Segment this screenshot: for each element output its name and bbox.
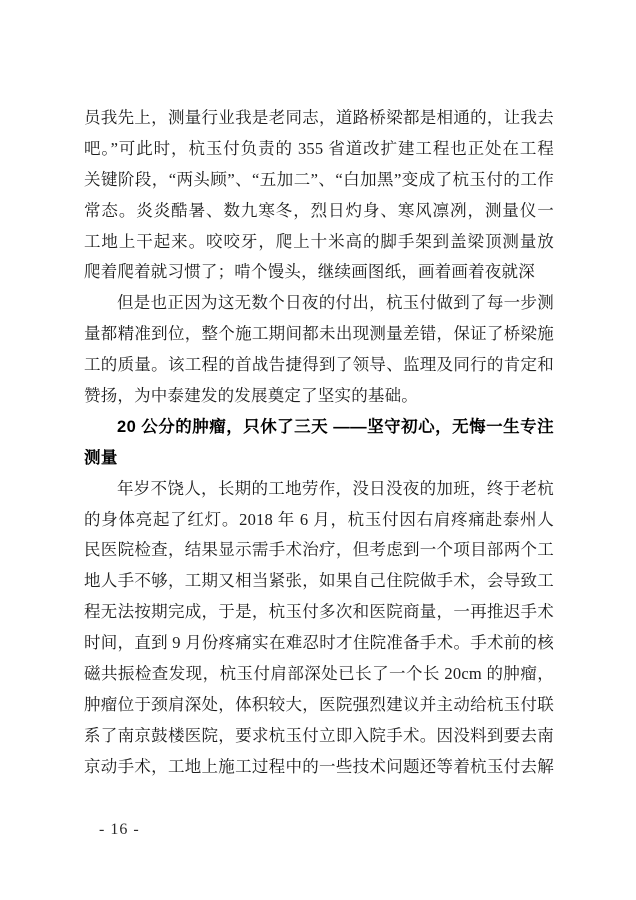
text-line: 的身体亮起了红灯。2018 年 6 月，杭玉付因右肩疼痛赴泰州人 [84,505,554,536]
document-body: 员我先上，测量行业我是老同志，道路桥梁都是相通的，让我去 吧。”可此时，杭玉付负… [84,103,554,783]
text-line: 磁共振检查发现，杭玉付肩部深处已长了一个长 20cm 的肿瘤， [84,659,554,690]
text-line: 工的质量。该工程的首战告捷得到了领导、监理及同行的肯定和 [84,350,554,381]
text-line: 程无法按期完成，于是，杭玉付多次和医院商量，一再推迟手术 [84,597,554,628]
text-line: 京动手术，工地上施工过程中的一些技术问题还等着杭玉付去解 [84,752,554,783]
text-line: 工地上干起来。咬咬牙，爬上十米高的脚手架到盖梁顶测量放样， [84,227,554,258]
paragraph-tumor-surgery: 年岁不饶人，长期的工地劳作，没日没夜的加班，终于老杭 的身体亮起了红灯。2018… [84,474,554,783]
paragraph-work-dedication: 员我先上，测量行业我是老同志，道路桥梁都是相通的，让我去 吧。”可此时，杭玉付负… [84,103,554,288]
text-line: 年岁不饶人，长期的工地劳作，没日没夜的加班，终于老杭 [84,474,554,505]
heading-line: 测量 [84,443,554,474]
text-line: 时间，直到 9 月份疼痛实在难忍时才住院准备手术。手术前的核 [84,628,554,659]
text-line: 关键阶段，“两头顾”、“五加二”、“白加黑”变成了杭玉付的工作 [84,165,554,196]
text-line: 赞扬，为中泰建发的发展奠定了坚实的基础。 [84,381,554,412]
document-page: 员我先上，测量行业我是老同志，道路桥梁都是相通的，让我去 吧。”可此时，杭玉付负… [0,0,636,900]
text-line: 但是也正因为这无数个日夜的付出，杭玉付做到了每一步测 [84,288,554,319]
text-line: 爬着爬着就习惯了；啃个馒头，继续画图纸，画着画着夜就深了。 [84,257,554,288]
text-line: 吧。”可此时，杭玉付负责的 355 省道改扩建工程也正处在工程 [84,134,554,165]
paragraph-precision-results: 但是也正因为这无数个日夜的付出，杭玉付做到了每一步测 量都精准到位，整个施工期间… [84,288,554,412]
text-line: 系了南京鼓楼医院，要求杭玉付立即入院手术。因没料到要去南 [84,721,554,752]
text-line: 员我先上，测量行业我是老同志，道路桥梁都是相通的，让我去 [84,103,554,134]
text-line: 地人手不够，工期又相当紧张，如果自己住院做手术，会导致工 [84,566,554,597]
text-line: 量都精准到位，整个施工期间都未出现测量差错，保证了桥梁施 [84,319,554,350]
page-number: - 16 - [99,820,140,840]
heading-line: 20 公分的肿瘤，只休了三天 ——坚守初心，无悔一生专注 [84,412,554,443]
text-line: 常态。炎炎酷暑、数九寒冬，烈日灼身、寒风凛冽，测量仪一拿， [84,196,554,227]
section-heading-tumor: 20 公分的肿瘤，只休了三天 ——坚守初心，无悔一生专注 测量 [84,412,554,474]
text-line: 民医院检查，结果显示需手术治疗，但考虑到一个项目部两个工 [84,535,554,566]
text-line: 肿瘤位于颈肩深处，体积较大，医院强烈建议并主动给杭玉付联 [84,690,554,721]
